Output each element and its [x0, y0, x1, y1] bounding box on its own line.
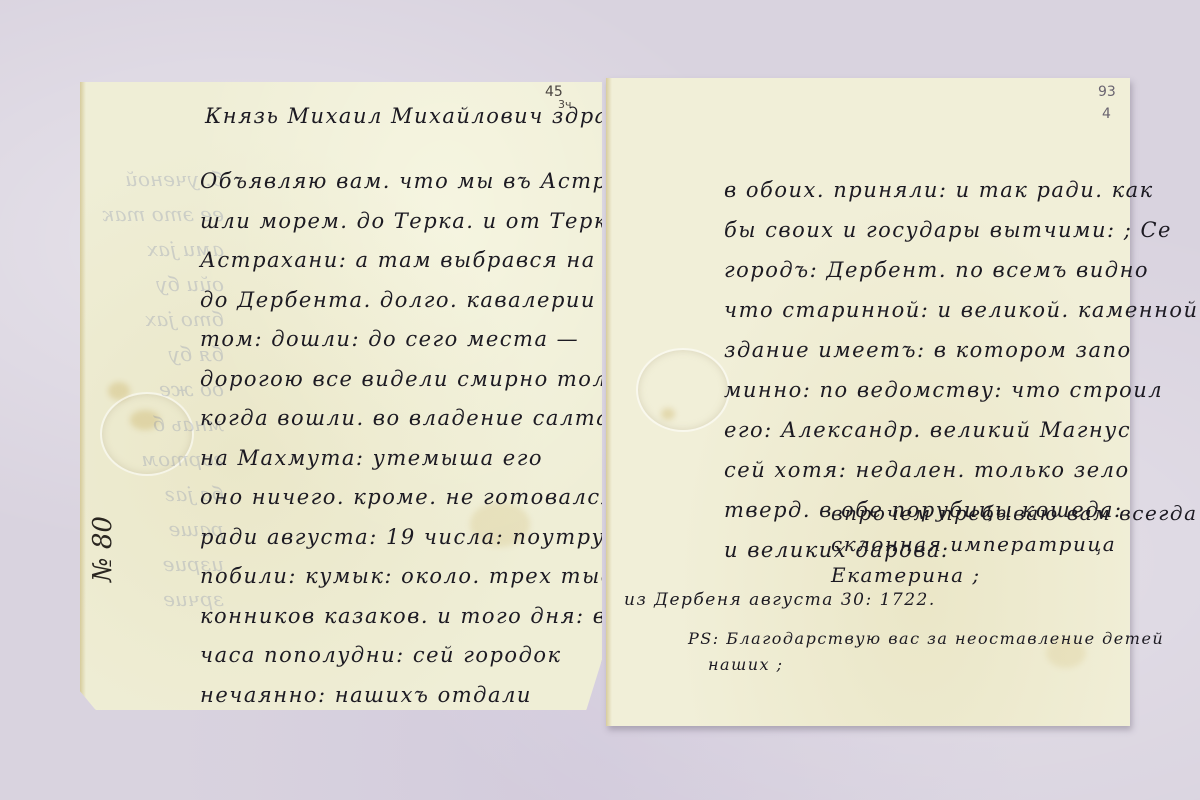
closing-line: впрочем пребываю вам всегда [831, 498, 1198, 529]
manuscript-line: здание имеетъ: в котором запо [724, 330, 1200, 370]
closing-line: склонная императрица [831, 529, 1198, 560]
manuscript-line: минно: по ведомству: что строил [724, 370, 1200, 410]
manuscript-line: бы своих и государы вытчими: ; Се [724, 210, 1200, 250]
manuscript-line: сей хотя: недален. только зело [724, 450, 1200, 490]
letter-postscript: PS: Благодарствую вас за неоставление де… [688, 626, 1164, 678]
manuscript-line: и приняли проводили: его до его улица [200, 755, 695, 795]
postscript-line: наших ; [688, 652, 1164, 678]
folio-sub-number: 4 [1102, 106, 1111, 122]
signature: Екатерина ; [831, 560, 1198, 591]
manuscript-line: что старинной: и великой. каменной. [724, 290, 1200, 330]
postscript-line: PS: Благодарствую вас за неоставление де… [688, 626, 1164, 652]
manuscript-page-left: б. ученой ее это так ами јах ойи бу бто … [80, 82, 602, 710]
manuscript-line: его: Александр. великий Магнус [724, 410, 1200, 450]
letter-date-line: из Дербеня августа 30: 1722. [624, 590, 936, 610]
letter-closing-signature: впрочем пребываю вам всегда склонная имп… [831, 498, 1198, 591]
manuscript-page-right: 93 4 в обоих. приняли: и так ради. как б… [606, 78, 1130, 726]
manuscript-line: городъ: Дербент. по всемъ видно [724, 250, 1200, 290]
folio-number: 93 [1098, 84, 1116, 100]
manuscript-line: в обоих. приняли: и так ради. как [724, 170, 1200, 210]
archive-margin-number: № 80 [88, 516, 118, 582]
embossed-seal [636, 348, 730, 432]
